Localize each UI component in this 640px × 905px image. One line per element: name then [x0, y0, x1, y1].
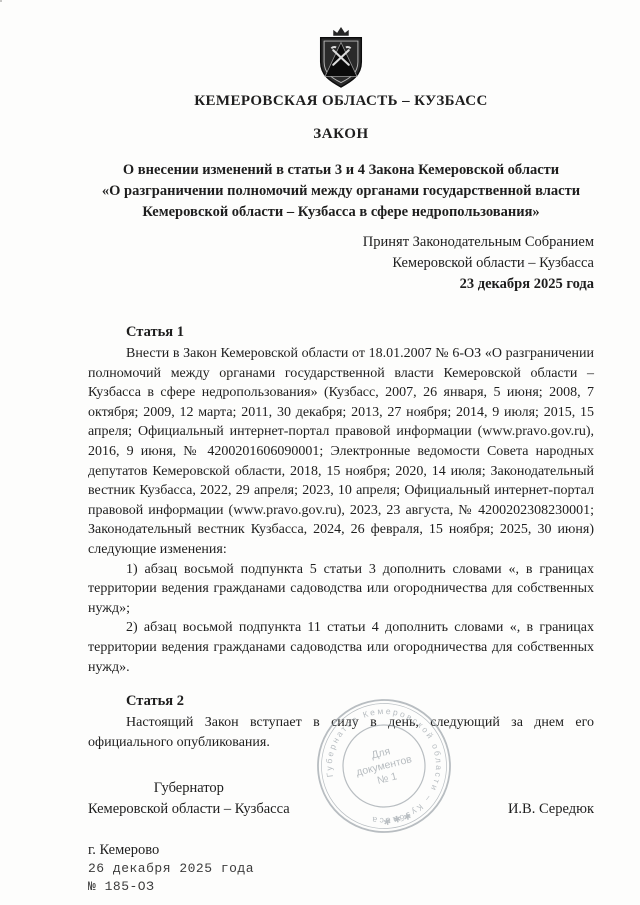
law-document-page: КЕМЕРОВСКАЯ ОБЛАСТЬ – КУЗБАСС ЗАКОН О вн…: [0, 0, 640, 905]
article-2-text: Настоящий Закон вступает в силу в день, …: [88, 713, 594, 752]
footer-number: № 185-ОЗ: [88, 879, 594, 895]
article-2-heading: Статья 2: [88, 691, 594, 711]
signature-post-line-1: Губернатор: [88, 778, 290, 799]
document-type-heading: ЗАКОН: [88, 125, 594, 143]
article-1-item-1: 1) абзац восьмой подпункта 5 статьи 3 до…: [88, 560, 594, 619]
adoption-date: 23 декабря 2025 года: [88, 274, 594, 295]
footer-city: г. Кемерово: [88, 841, 594, 859]
document-content: КЕМЕРОВСКАЯ ОБЛАСТЬ – КУЗБАСС ЗАКОН О вн…: [0, 25, 640, 895]
signature-post: Губернатор Кемеровской области – Кузбасс…: [88, 778, 290, 820]
adoption-line-1: Принят Законодательным Собранием: [88, 232, 594, 253]
article-1-intro: Внести в Закон Кемеровской области от 18…: [88, 344, 594, 560]
law-title: О внесении изменений в статьи 3 и 4 Зако…: [88, 160, 594, 223]
coat-of-arms-icon: [312, 25, 370, 89]
document-footer: г. Кемерово 26 декабря 2025 года № 185-О…: [88, 841, 594, 895]
law-title-line-2: «О разграничении полномочий между органа…: [88, 181, 594, 202]
signature-name: И.В. Середюк: [508, 799, 594, 820]
signature-block: Губернатор Кемеровской области – Кузбасс…: [88, 778, 594, 820]
signature-post-line-2: Кемеровской области – Кузбасса: [88, 799, 290, 820]
article-1-heading: Статья 1: [88, 322, 594, 342]
region-title: КЕМЕРОВСКАЯ ОБЛАСТЬ – КУЗБАСС: [88, 92, 594, 110]
adoption-block: Принят Законодательным Собранием Кемеров…: [88, 232, 594, 295]
article-1-item-2: 2) абзац восьмой подпункта 11 статьи 4 д…: [88, 618, 594, 677]
scan-noise: [0, 0, 2, 2]
law-title-line-3: Кемеровской области – Кузбасса в сфере н…: [88, 202, 594, 223]
adoption-line-2: Кемеровской области – Кузбасса: [88, 253, 594, 274]
footer-date: 26 декабря 2025 года: [88, 861, 594, 877]
law-title-line-1: О внесении изменений в статьи 3 и 4 Зако…: [88, 160, 594, 181]
